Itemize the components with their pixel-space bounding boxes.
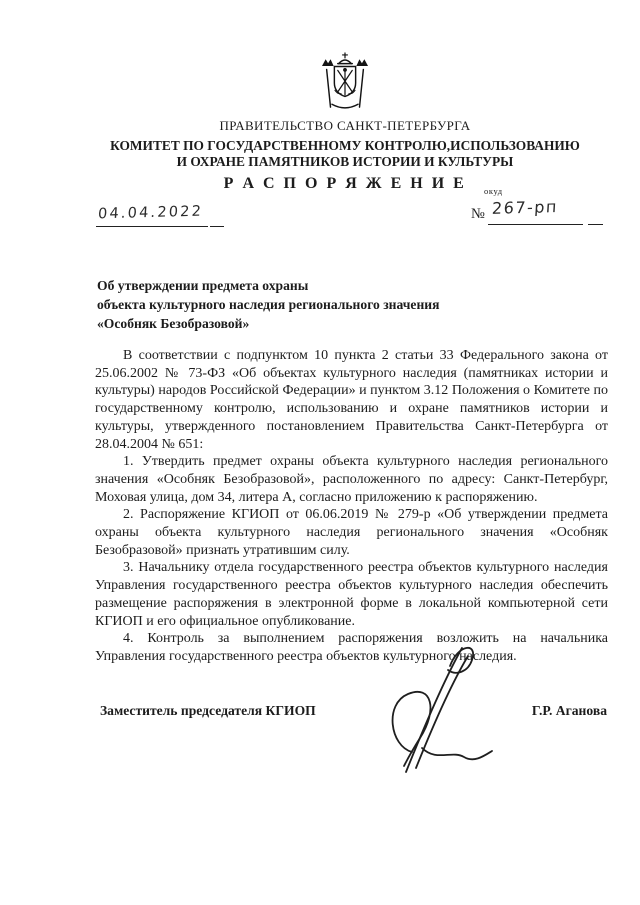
body-paragraph-item-4: 4. Контроль за выполнением распоряжения … (95, 630, 608, 665)
okud-label: окуд (484, 186, 503, 196)
document-header: ПРАВИТЕЛЬСТВО САНКТ-ПЕТЕРБУРГА КОМИТЕТ П… (50, 50, 640, 193)
committee-name-line1: КОМИТЕТ ПО ГОСУДАРСТВЕННОМУ КОНТРОЛЮ,ИСП… (50, 138, 640, 154)
document-type-title: Р А С П О Р Я Ж Е Н И Е (50, 175, 640, 193)
document-subject: Об утверждении предмета охраны объекта к… (97, 276, 577, 333)
government-name: ПРАВИТЕЛЬСТВО САНКТ-ПЕТЕРБУРГА (50, 118, 640, 134)
date-field: 04.04.2022 (96, 204, 208, 227)
body-paragraph-intro: В соответствии с подпунктом 10 пункта 2 … (95, 347, 608, 453)
signer-name: Г.Р. Аганова (532, 703, 607, 719)
signature-block: Заместитель председателя КГИОП Г.Р. Аган… (100, 703, 607, 719)
subject-line-1: Об утверждении предмета охраны (97, 276, 577, 295)
date-underline-tail (210, 226, 224, 227)
handwritten-number: 267-рп (487, 197, 558, 218)
committee-name-line2: И ОХРАНЕ ПАМЯТНИКОВ ИСТОРИИ И КУЛЬТУРЫ (50, 154, 640, 170)
subject-line-3: «Особняк Безобразовой» (97, 314, 577, 333)
body-paragraph-item-2: 2. Распоряжение КГИОП от 06.06.2019 № 27… (95, 506, 608, 559)
number-underline: 267-рп (488, 198, 583, 225)
body-paragraph-item-1: 1. Утвердить предмет охраны объекта куль… (95, 453, 608, 506)
number-underline-tail (588, 198, 603, 225)
handwritten-date: 04.04.2022 (96, 204, 204, 223)
document-body: В соответствии с подпунктом 10 пункта 2 … (95, 347, 608, 666)
body-paragraph-item-3: 3. Начальнику отдела государственного ре… (95, 559, 608, 630)
number-field: № 267-рп (471, 198, 603, 225)
document-page: ПРАВИТЕЛЬСТВО САНКТ-ПЕТЕРБУРГА КОМИТЕТ П… (0, 0, 640, 905)
subject-line-2: объекта культурного наследия регионально… (97, 295, 577, 314)
number-sign: № (471, 206, 485, 225)
coat-of-arms-icon (316, 50, 374, 114)
signer-position: Заместитель председателя КГИОП (100, 703, 316, 719)
